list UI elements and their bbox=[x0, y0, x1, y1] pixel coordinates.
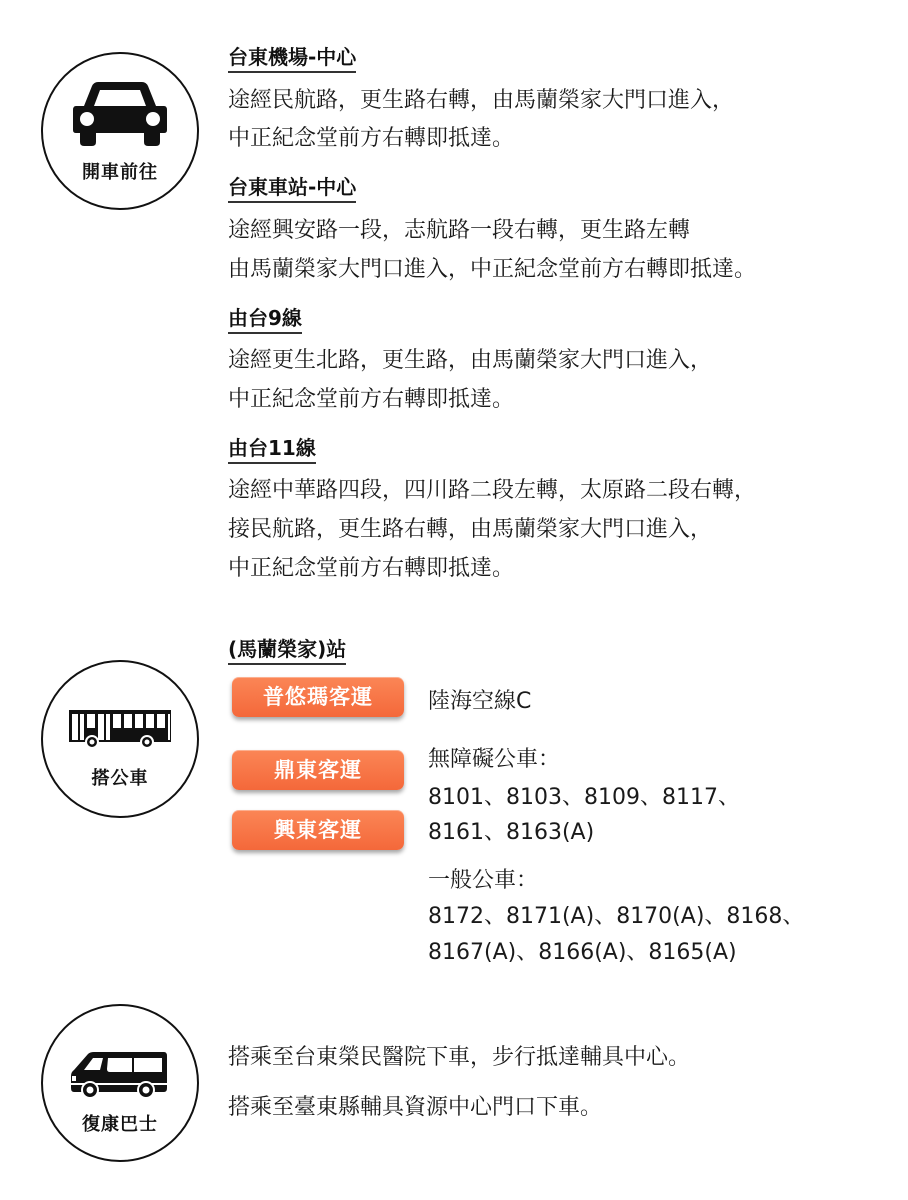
accessible-bus-label: 無障礙公車： bbox=[428, 745, 560, 775]
driving-badge: 開車前往 bbox=[41, 52, 199, 210]
route-title-airport: 台東機場-中心 bbox=[228, 44, 356, 73]
xingdong-bus-button[interactable]: 興東客運 bbox=[232, 810, 404, 850]
bus-icon bbox=[67, 708, 173, 754]
bus-label: 搭公車 bbox=[43, 764, 197, 790]
accessible-bus-line-2: 8161、8163(A) bbox=[428, 818, 594, 848]
accessible-bus-line-1: 8101、8103、8109、8117、 bbox=[428, 783, 740, 813]
general-bus-line-2: 8167(A)、8166(A)、8165(A) bbox=[428, 938, 737, 968]
route-hwy11-line-3: 中正紀念堂前方右轉即抵達。 bbox=[228, 554, 514, 584]
route-hwy11-line-2: 接民航路，更生路右轉，由馬蘭榮家大門口進入， bbox=[228, 515, 712, 545]
car-icon bbox=[72, 78, 168, 152]
rehab-bus-line-1: 搭乘至台東榮民醫院下車，步行抵達輔具中心。 bbox=[228, 1043, 690, 1073]
rehab-bus-label: 復康巴士 bbox=[43, 1110, 197, 1136]
route-title-hwy11: 由台11線 bbox=[228, 435, 316, 464]
rehab-bus-line-2: 搭乘至臺東縣輔具資源中心門口下車。 bbox=[228, 1093, 602, 1123]
dingdong-bus-button[interactable]: 鼎東客運 bbox=[232, 750, 404, 790]
route-hwy9-line-2: 中正紀念堂前方右轉即抵達。 bbox=[228, 385, 514, 415]
route-title-station: 台東車站-中心 bbox=[228, 174, 356, 203]
route-hwy9-line-1: 途經更生北路，更生路，由馬蘭榮家大門口進入， bbox=[228, 346, 712, 376]
route-airport-line-2: 中正紀念堂前方右轉即抵達。 bbox=[228, 124, 514, 154]
route-hwy11-line-1: 途經中華路四段，四川路二段左轉，太原路二段右轉， bbox=[228, 476, 756, 506]
bus-badge: 搭公車 bbox=[41, 660, 199, 818]
route-station-line-1: 途經興安路一段，志航路一段右轉，更生路左轉 bbox=[228, 216, 690, 246]
route-station-line-2: 由馬蘭榮家大門口進入，中正紀念堂前方右轉即抵達。 bbox=[228, 255, 756, 285]
bus-stop-title: (馬蘭榮家)站 bbox=[228, 636, 346, 665]
puyuma-route: 陸海空線C bbox=[428, 687, 531, 717]
general-bus-label: 一般公車： bbox=[428, 866, 538, 896]
route-airport-line-1: 途經民航路，更生路右轉，由馬蘭榮家大門口進入， bbox=[228, 86, 734, 116]
rehab-bus-badge: 復康巴士 bbox=[41, 1004, 199, 1162]
general-bus-line-1: 8172、8171(A)、8170(A)、8168、 bbox=[428, 902, 804, 932]
van-icon bbox=[70, 1050, 170, 1104]
puyuma-bus-button[interactable]: 普悠瑪客運 bbox=[232, 677, 404, 717]
driving-label: 開車前往 bbox=[43, 158, 197, 184]
route-title-hwy9: 由台9線 bbox=[228, 305, 302, 334]
